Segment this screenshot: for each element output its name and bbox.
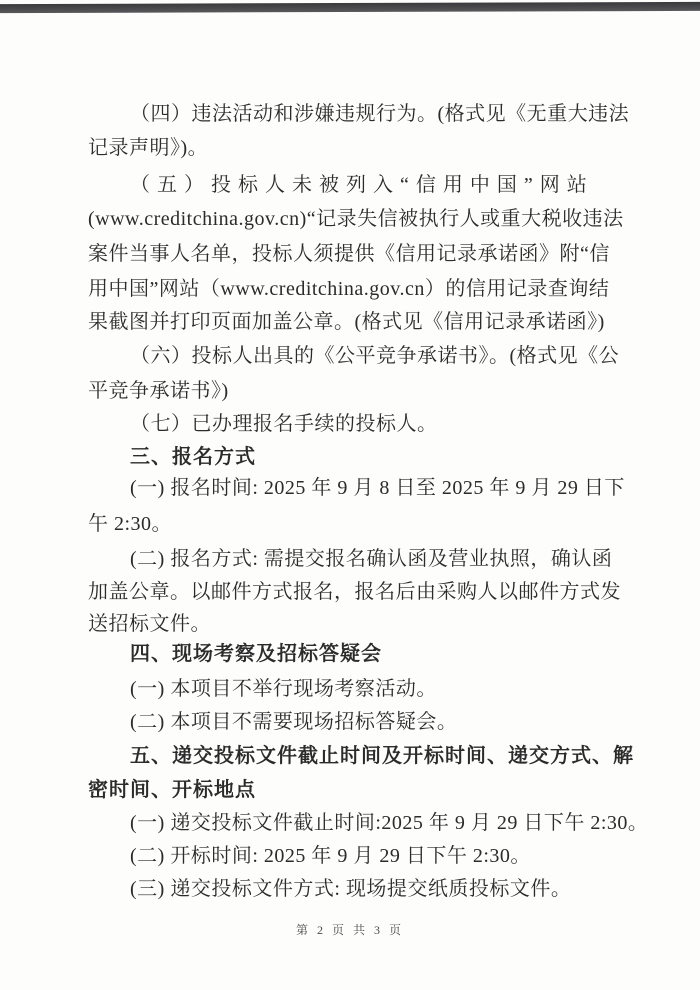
section-3-item-1-line-2: 午 2:30。 [88,510,628,538]
section-3-item-2-line-1: (二) 报名方式: 需提交报名确认函及营业执照，确认函 [88,545,670,573]
section-5-item-1: (一) 递交投标文件截止时间:2025 年 9 月 29 日下午 2:30。 [88,809,670,837]
section-3-heading: 三、报名方式 [88,443,670,471]
section-5-item-2: (二) 开标时间: 2025 年 9 月 29 日下午 2:30。 [88,842,670,870]
clause-5-line-1: （五）投标人未被列入“信用中国”网站 [88,171,670,199]
section-5-heading-line-2: 密时间、开标地点 [88,776,628,804]
section-3-item-2-line-3: 送招标文件。 [88,610,628,638]
scan-edge-artifact [0,2,700,13]
section-4-heading: 四、现场考察及招标答疑会 [88,640,670,668]
clause-6-line-1: （六）投标人出具的《公平竞争承诺书》。(格式见《公 [88,342,670,370]
section-5-item-3: (三) 递交投标文件方式: 现场提交纸质投标文件。 [88,875,670,903]
clause-4-line-2: 记录声明》)。 [88,134,628,162]
section-3-item-1-line-1: (一) 报名时间: 2025 年 9 月 8 日至 2025 年 9 月 29 … [88,474,670,502]
clause-5-line-5: 果截图并打印页面加盖公章。(格式见《信用记录承诺函》) [88,308,628,336]
clause-6-line-2: 平竞争承诺书》) [88,377,628,405]
clause-4-line-1: （四）违法活动和涉嫌违规行为。(格式见《无重大违法 [88,100,670,128]
clause-5-line-4: 用中国”网站（www.creditchina.gov.cn）的信用记录查询结 [88,275,628,303]
section-5-heading-line-1: 五、递交投标文件截止时间及开标时间、递交方式、解 [88,742,670,770]
section-3-item-2-line-2: 加盖公章。以邮件方式报名，报名后由采购人以邮件方式发 [88,578,628,606]
document-page: （四）违法活动和涉嫌违规行为。(格式见《无重大违法 记录声明》)。 （五）投标人… [0,0,700,990]
page-number: 第 2 页 共 3 页 [0,921,700,938]
clause-5-line-3: 案件当事人名单，投标人须提供《信用记录承诺函》附“信 [88,240,628,268]
clause-5-line-2: (www.creditchina.gov.cn)“记录失信被执行人或重大税收违法 [88,205,628,233]
section-4-item-1: (一) 本项目不举行现场考察活动。 [88,675,670,703]
section-4-item-2: (二) 本项目不需要现场招标答疑会。 [88,708,670,736]
clause-7-line-1: （七）已办理报名手续的投标人。 [88,410,670,438]
